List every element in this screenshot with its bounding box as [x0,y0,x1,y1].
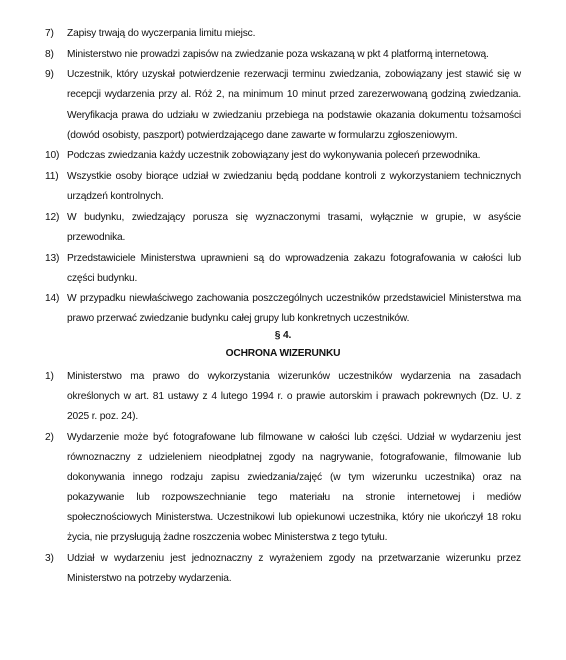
regulations-list-part-a: 7) Zapisy trwają do wyczerpania limitu m… [45,24,521,330]
list-item: 14) W przypadku niewłaściwego zachowania… [45,289,521,329]
item-number: 12) [45,208,65,228]
item-number: 7) [45,24,65,44]
list-item: 12) W budynku, zwiedzający porusza się w… [45,208,521,248]
item-number: 9) [45,65,65,85]
list-item: 8) Ministerstwo nie prowadzi zapisów na … [45,45,521,65]
item-text: Ministerstwo ma prawo do wykorzystania w… [67,371,521,422]
list-item: 2) Wydarzenie może być fotografowane lub… [45,428,521,549]
item-number: 14) [45,289,65,309]
item-text: W budynku, zwiedzający porusza się wyzna… [67,212,521,243]
item-text: Udział w wydarzeniu jest jednoznaczny z … [67,553,521,584]
image-protection-list: 1) Ministerstwo ma prawo do wykorzystani… [45,367,521,590]
section-number: § 4. [45,330,521,341]
item-number: 1) [45,367,65,387]
item-text: Podczas zwiedzania każdy uczestnik zobow… [67,150,480,161]
item-text: Zapisy trwają do wyczerpania limitu miej… [67,28,255,39]
item-text: Ministerstwo nie prowadzi zapisów na zwi… [67,49,489,60]
item-number: 3) [45,549,65,569]
item-number: 13) [45,249,65,269]
item-text: W przypadku niewłaściwego zachowania pos… [67,293,521,324]
item-text: Wydarzenie może być fotografowane lub fi… [67,432,521,543]
section-title: OCHRONA WIZERUNKU [45,348,521,359]
list-item: 7) Zapisy trwają do wyczerpania limitu m… [45,24,521,44]
list-item: 9) Uczestnik, który uzyskał potwierdzeni… [45,65,521,145]
list-item: 10) Podczas zwiedzania każdy uczestnik z… [45,146,521,166]
item-number: 10) [45,146,65,166]
item-text: Wszystkie osoby biorące udział w zwiedza… [67,171,521,202]
item-text: Uczestnik, który uzyskał potwierdzenie r… [67,69,521,140]
item-number: 2) [45,428,65,448]
item-text: Przedstawiciele Ministerstwa uprawnieni … [67,253,521,284]
list-item: 3) Udział w wydarzeniu jest jednoznaczny… [45,549,521,589]
document-page: 7) Zapisy trwają do wyczerpania limitu m… [0,0,566,660]
item-number: 11) [45,167,65,187]
list-item: 1) Ministerstwo ma prawo do wykorzystani… [45,367,521,427]
item-number: 8) [45,45,65,65]
list-item: 11) Wszystkie osoby biorące udział w zwi… [45,167,521,207]
list-item: 13) Przedstawiciele Ministerstwa uprawni… [45,249,521,289]
